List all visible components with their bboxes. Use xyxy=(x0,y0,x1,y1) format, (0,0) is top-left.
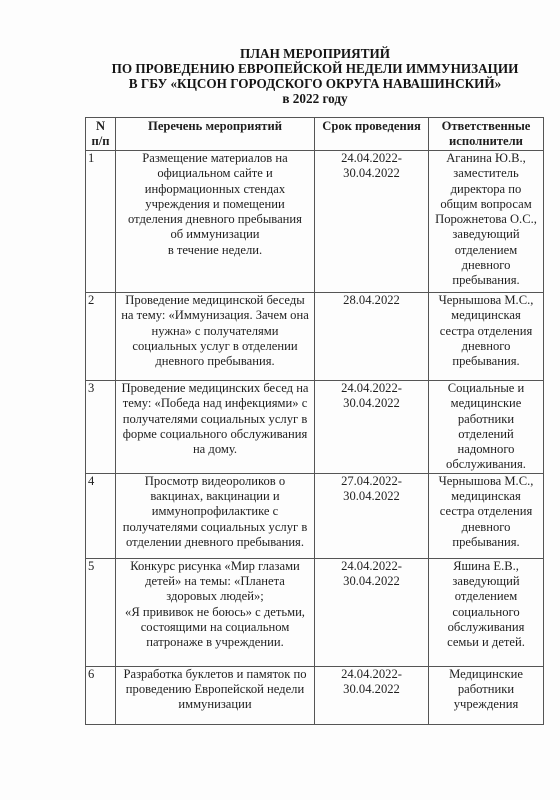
event-line: информационных стендах xyxy=(118,182,312,197)
title-line: ПО ПРОВЕДЕНИЮ ЕВРОПЕЙСКОЙ НЕДЕЛИ ИММУНИЗ… xyxy=(100,61,530,76)
event-line: Разработка буклетов и памяток по xyxy=(118,667,312,682)
period-line: 30.04.2022 xyxy=(317,166,426,181)
cell-responsible: Чернышова М.С.,медицинскаясестра отделен… xyxy=(429,293,544,381)
responsible-line: социального xyxy=(431,605,541,620)
event-line: вакцинах, вакцинации и xyxy=(118,489,312,504)
period-line: 30.04.2022 xyxy=(317,682,426,697)
row-number: 3 xyxy=(86,381,116,474)
table-row: 6Разработка буклетов и памяток попроведе… xyxy=(86,666,544,724)
event-line: отделения дневного пребывания xyxy=(118,212,312,227)
cell-period: 24.04.2022-30.04.2022 xyxy=(315,381,429,474)
cell-responsible: Чернышова М.С.,медицинскаясестра отделен… xyxy=(429,473,544,558)
cell-period: 27.04.2022-30.04.2022 xyxy=(315,473,429,558)
period-line: 24.04.2022- xyxy=(317,559,426,574)
cell-event: Разработка буклетов и памяток попроведен… xyxy=(116,666,315,724)
event-line: Проведение медицинских бесед на xyxy=(118,381,312,396)
event-line: Проведение медицинской беседы xyxy=(118,293,312,308)
responsible-line: пребывания. xyxy=(431,273,541,288)
responsible-line: медицинская xyxy=(431,489,541,504)
responsible-line: директора по xyxy=(431,182,541,197)
responsible-line: отделений xyxy=(431,427,541,442)
row-number: 5 xyxy=(86,558,116,666)
responsible-line: заместитель xyxy=(431,166,541,181)
responsible-line: отделением xyxy=(431,243,541,258)
event-line: об иммунизации xyxy=(118,227,312,242)
responsible-line: заведующий xyxy=(431,227,541,242)
event-line: отделении дневного пребывания. xyxy=(118,535,312,550)
event-line: патронаже в учреждении. xyxy=(118,635,312,650)
row-number: 6 xyxy=(86,666,116,724)
responsible-line: работники xyxy=(431,682,541,697)
period-line: 24.04.2022- xyxy=(317,151,426,166)
responsible-line: пребывания. xyxy=(431,354,541,369)
responsible-line: пребывания. xyxy=(431,535,541,550)
event-line: тему: «Победа над инфекциями» с xyxy=(118,396,312,411)
event-line: учреждения и помещении xyxy=(118,197,312,212)
period-line: 24.04.2022- xyxy=(317,667,426,682)
document-page: ПЛАН МЕРОПРИЯТИЙ ПО ПРОВЕДЕНИЮ ЕВРОПЕЙСК… xyxy=(0,0,560,800)
header-period: Срок проведения xyxy=(315,118,429,151)
event-line: детей» на темы: «Планета xyxy=(118,574,312,589)
cell-responsible: Социальные имедицинскиеработникиотделени… xyxy=(429,381,544,474)
responsible-line: Чернышова М.С., xyxy=(431,474,541,489)
event-line: получателями социальных услуг в xyxy=(118,520,312,535)
cell-responsible: Медицинскиеработникиучреждения xyxy=(429,666,544,724)
responsible-line: Чернышова М.С., xyxy=(431,293,541,308)
events-plan-table: N п/п Перечень мероприятий Срок проведен… xyxy=(85,117,544,725)
event-line: Размещение материалов на xyxy=(118,151,312,166)
header-num: N п/п xyxy=(86,118,116,151)
responsible-line: сестра отделения xyxy=(431,504,541,519)
responsible-line: Яшина Е.В., xyxy=(431,559,541,574)
responsible-line: дневного xyxy=(431,520,541,535)
responsible-line: общим вопросам xyxy=(431,197,541,212)
row-number: 1 xyxy=(86,151,116,293)
responsible-line: Порожнетова О.С., xyxy=(431,212,541,227)
table-row: 4Просмотр видеороликов овакцинах, вакцин… xyxy=(86,473,544,558)
cell-period: 24.04.2022-30.04.2022 xyxy=(315,151,429,293)
event-line: форме социального обслуживания xyxy=(118,427,312,442)
cell-responsible: Аганина Ю.В.,заместительдиректора пообщи… xyxy=(429,151,544,293)
responsible-line: обслуживания. xyxy=(431,457,541,472)
table-row: 3Проведение медицинских бесед натему: «П… xyxy=(86,381,544,474)
responsible-line: надомного xyxy=(431,442,541,457)
period-line: 24.04.2022- xyxy=(317,381,426,396)
event-line: на тему: «Иммунизация. Зачем она xyxy=(118,308,312,323)
event-line: дневного пребывания. xyxy=(118,354,312,369)
title-line: ПЛАН МЕРОПРИЯТИЙ xyxy=(100,46,530,61)
row-number: 2 xyxy=(86,293,116,381)
responsible-line: дневного xyxy=(431,258,541,273)
responsible-line: отделением xyxy=(431,589,541,604)
cell-period: 24.04.2022-30.04.2022 xyxy=(315,666,429,724)
cell-period: 28.04.2022 xyxy=(315,293,429,381)
table-row: 5Конкурс рисунка «Мир глазамидетей» на т… xyxy=(86,558,544,666)
period-line: 30.04.2022 xyxy=(317,396,426,411)
responsible-line: Социальные и xyxy=(431,381,541,396)
responsible-line: медицинские xyxy=(431,396,541,411)
event-line: в течение недели. xyxy=(118,243,312,258)
cell-responsible: Яшина Е.В.,заведующийотделениемсоциально… xyxy=(429,558,544,666)
responsible-line: работники xyxy=(431,412,541,427)
title-line: в 2022 году xyxy=(100,91,530,106)
row-number: 4 xyxy=(86,473,116,558)
table-row: 2Проведение медицинской беседына тему: «… xyxy=(86,293,544,381)
event-line: состоящими на социальном xyxy=(118,620,312,635)
cell-event: Размещение материалов наофициальном сайт… xyxy=(116,151,315,293)
period-line: 27.04.2022- xyxy=(317,474,426,489)
table-header-row: N п/п Перечень мероприятий Срок проведен… xyxy=(86,118,544,151)
event-line: нужна» с получателями xyxy=(118,324,312,339)
cell-event: Проведение медицинской беседына тему: «И… xyxy=(116,293,315,381)
event-line: «Я прививок не боюсь» с детьми, xyxy=(118,605,312,620)
responsible-line: обслуживания xyxy=(431,620,541,635)
event-line: социальных услуг в отделении xyxy=(118,339,312,354)
responsible-line: семьи и детей. xyxy=(431,635,541,650)
event-line: иммунизации xyxy=(118,697,312,712)
header-responsible: Ответственные исполнители xyxy=(429,118,544,151)
responsible-line: Аганина Ю.В., xyxy=(431,151,541,166)
period-line: 28.04.2022 xyxy=(317,293,426,308)
responsible-line: Медицинские xyxy=(431,667,541,682)
event-line: на дому. xyxy=(118,442,312,457)
event-line: здоровых людей»; xyxy=(118,589,312,604)
responsible-line: учреждения xyxy=(431,697,541,712)
event-line: получателями социальных услуг в xyxy=(118,412,312,427)
cell-event: Конкурс рисунка «Мир глазамидетей» на те… xyxy=(116,558,315,666)
cell-event: Просмотр видеороликов овакцинах, вакцина… xyxy=(116,473,315,558)
event-line: Конкурс рисунка «Мир глазами xyxy=(118,559,312,574)
table-row: 1Размещение материалов наофициальном сай… xyxy=(86,151,544,293)
event-line: проведению Европейской недели xyxy=(118,682,312,697)
document-title: ПЛАН МЕРОПРИЯТИЙ ПО ПРОВЕДЕНИЮ ЕВРОПЕЙСК… xyxy=(100,46,530,106)
responsible-line: дневного xyxy=(431,339,541,354)
event-line: Просмотр видеороликов о xyxy=(118,474,312,489)
responsible-line: заведующий xyxy=(431,574,541,589)
period-line: 30.04.2022 xyxy=(317,489,426,504)
header-event: Перечень мероприятий xyxy=(116,118,315,151)
cell-period: 24.04.2022-30.04.2022 xyxy=(315,558,429,666)
title-line: В ГБУ «КЦСОН ГОРОДСКОГО ОКРУГА НАВАШИНСК… xyxy=(100,76,530,91)
responsible-line: медицинская xyxy=(431,308,541,323)
event-line: официальном сайте и xyxy=(118,166,312,181)
period-line: 30.04.2022 xyxy=(317,574,426,589)
responsible-line: сестра отделения xyxy=(431,324,541,339)
cell-event: Проведение медицинских бесед натему: «По… xyxy=(116,381,315,474)
event-line: иммунопрофилактике с xyxy=(118,504,312,519)
